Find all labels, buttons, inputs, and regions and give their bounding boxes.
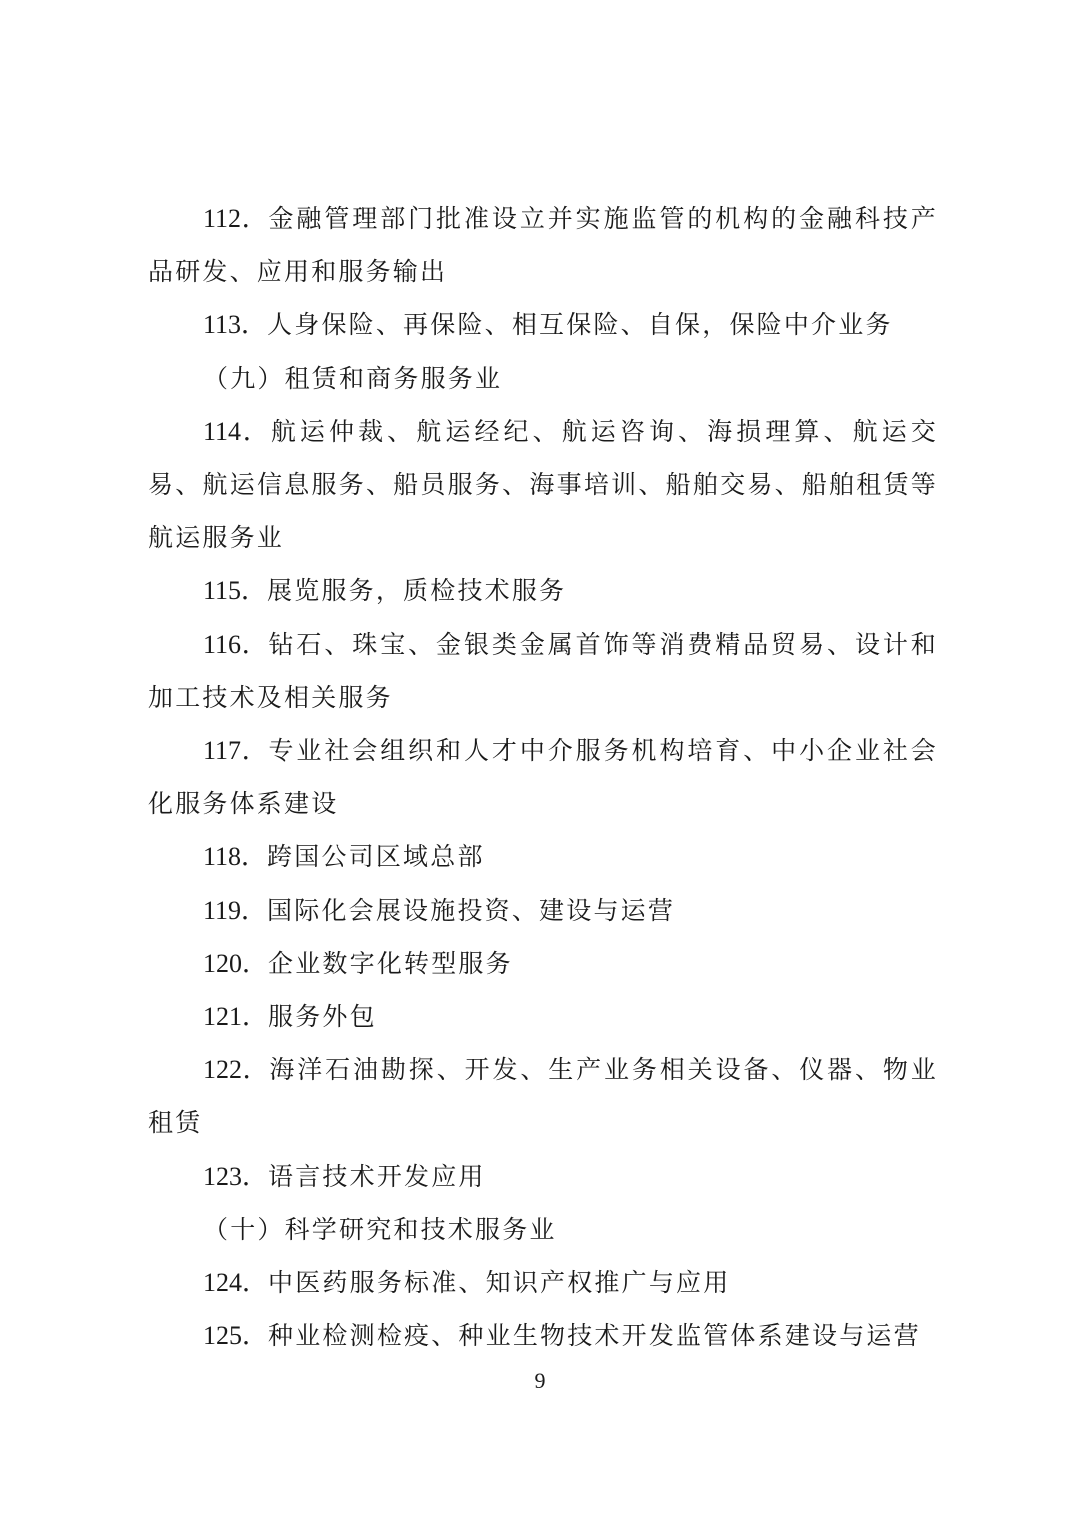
item-text: 跨国公司区域总部 [267,842,485,871]
item-number: 123． [203,1162,268,1191]
section-heading-leasing-business-services: （九）租赁和商务服务业 [148,352,938,405]
item-number: 113． [203,310,267,339]
list-item-116: 116．钻石、珠宝、金银类金属首饰等消费精品贸易、设计和加工技术及相关服务 [148,618,938,724]
item-number: 112． [203,204,269,233]
item-number: 118． [203,842,267,871]
list-item-114: 114．航运仲裁、航运经纪、航运咨询、海损理算、航运交易、航运信息服务、船员服务… [148,405,938,565]
list-item-125: 125．种业检测检疫、种业生物技术开发监管体系建设与运营 [148,1309,938,1362]
list-item-123: 123．语言技术开发应用 [148,1150,938,1203]
list-item-121: 121．服务外包 [148,990,938,1043]
item-number: 121． [203,1002,268,1031]
list-item-113: 113．人身保险、再保险、相互保险、自保，保险中介业务 [148,298,938,351]
list-item-124: 124．中医药服务标准、知识产权推广与应用 [148,1256,938,1309]
item-number: 122． [203,1055,269,1084]
item-text: 种业检测检疫、种业生物技术开发监管体系建设与运营 [268,1321,921,1350]
item-number: 115． [203,576,267,605]
list-item-119: 119．国际化会展设施投资、建设与运营 [148,884,938,937]
list-item-112: 112．金融管理部门批准设立并实施监管的机构的金融科技产品研发、应用和服务输出 [148,192,938,298]
item-number: 124． [203,1268,268,1297]
item-number: 120． [203,949,268,978]
item-number: 114． [203,417,271,446]
list-item-122: 122．海洋石油勘探、开发、生产业务相关设备、仪器、物业租赁 [148,1043,938,1149]
item-text: 中医药服务标准、知识产权推广与应用 [268,1268,730,1297]
list-item-115: 115．展览服务，质检技术服务 [148,564,938,617]
page-number: 9 [0,1368,1080,1394]
item-text: 人身保险、再保险、相互保险、自保，保险中介业务 [267,310,893,339]
item-number: 116． [203,630,269,659]
section-heading-scientific-research-services: （十）科学研究和技术服务业 [148,1203,938,1256]
item-text: 国际化会展设施投资、建设与运营 [267,896,675,925]
item-text: 服务外包 [268,1002,377,1031]
item-text: 语言技术开发应用 [268,1162,486,1191]
item-text: 企业数字化转型服务 [268,949,513,978]
list-item-120: 120．企业数字化转型服务 [148,937,938,990]
item-text: 展览服务，质检技术服务 [267,576,566,605]
document-body: 112．金融管理部门批准设立并实施监管的机构的金融科技产品研发、应用和服务输出 … [148,192,938,1362]
item-number: 119． [203,896,267,925]
item-number: 125． [203,1321,268,1350]
list-item-117: 117．专业社会组织和人才中介服务机构培育、中小企业社会化服务体系建设 [148,724,938,830]
item-number: 117． [203,736,269,765]
list-item-118: 118．跨国公司区域总部 [148,830,938,883]
